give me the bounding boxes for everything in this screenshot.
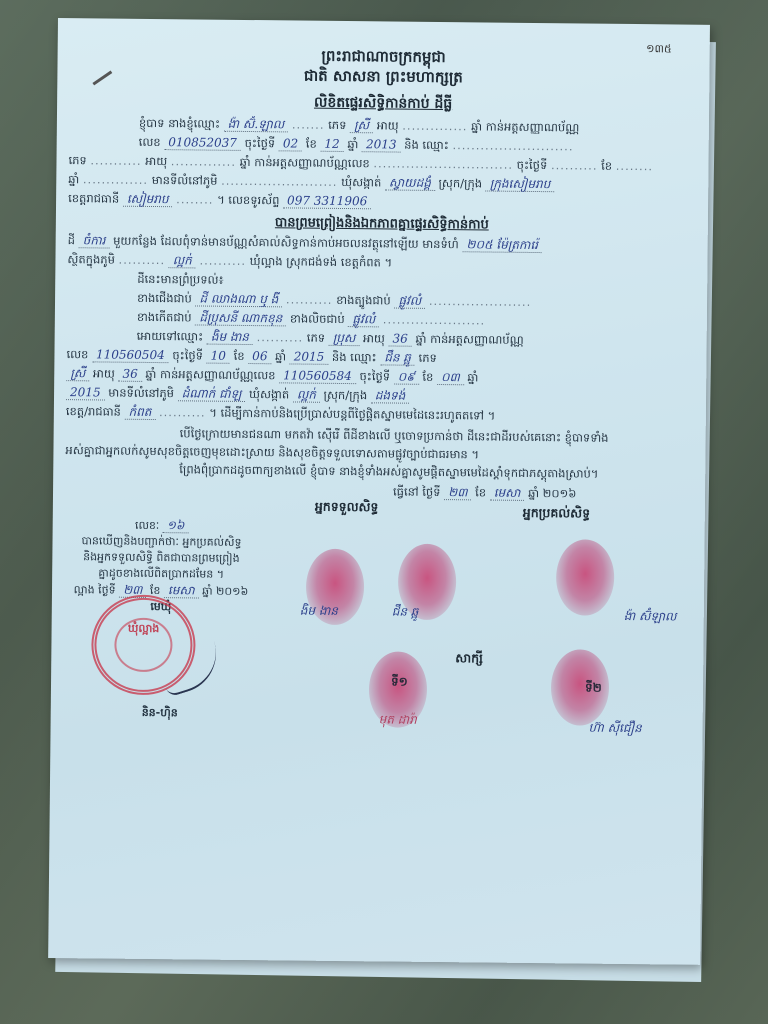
label: ភេទ bbox=[307, 331, 325, 345]
giver-id-year: 2013 bbox=[362, 137, 401, 152]
recipient2-id-day: ០៩ bbox=[394, 370, 419, 385]
label: ចុះថ្ងៃទី bbox=[517, 158, 548, 172]
cert-number: ១៦ bbox=[163, 518, 189, 533]
border-west: ផ្លូវលំ bbox=[348, 312, 379, 327]
label: ឆ្នាំ bbox=[467, 370, 478, 384]
border-north: ដី ឈាងណា ឬ ងី bbox=[195, 291, 282, 307]
recipient2-sex: ស្រី bbox=[66, 366, 89, 381]
recipient2-name: ជឹន ឆ្អូ bbox=[380, 350, 415, 365]
label: ឆ្នាំ bbox=[202, 585, 213, 598]
witness-title: សាក្សី bbox=[455, 650, 483, 669]
giver-id-day: 02 bbox=[279, 136, 302, 151]
label: ដី bbox=[68, 233, 75, 247]
label: ខេត្ត/រាជធានី bbox=[66, 404, 121, 419]
recipient2-id-number: 110560584 bbox=[279, 368, 356, 384]
giver-title: អ្នកប្រគល់សិទ្ធ bbox=[523, 505, 590, 525]
label: ចុះថ្ងៃទី bbox=[245, 136, 276, 150]
label: ឆ្នាំ កាន់អត្តសញ្ញាណប័ណ្ណ bbox=[415, 332, 523, 347]
land-village: ល្អក់ bbox=[169, 253, 196, 268]
land-type: ចំការ bbox=[79, 233, 110, 248]
label: ស្រុក/ក្រុង bbox=[438, 176, 482, 190]
label: មានទីលំនៅភូមិ bbox=[152, 173, 218, 188]
label: ឆ្នាំ bbox=[347, 137, 358, 151]
recipient-commune: ល្អក់ bbox=[293, 387, 320, 402]
recipient2-id-year: 2015 bbox=[66, 385, 105, 400]
cert-month: មេសា bbox=[164, 583, 199, 598]
stamp-text: ឃុំល្អាង bbox=[97, 621, 191, 638]
witness-2-name: ហ៊ា ស៊ីជឿន bbox=[588, 720, 641, 739]
border-south: ផ្លូវលំ bbox=[394, 294, 425, 309]
official-name: និន-ហ៊ិន bbox=[65, 704, 255, 722]
recipient-id-day: 10 bbox=[207, 349, 230, 364]
label: ចុះថ្ងៃទី bbox=[172, 348, 203, 362]
label: ខែ bbox=[601, 159, 612, 173]
cert-text-1: បានឃើញនិងបញ្ជាក់ថាៈ អ្នកប្រគល់សិទ្ធ bbox=[66, 533, 256, 551]
border-east: ដីប្រុសនី ណាកខុន bbox=[195, 310, 286, 326]
label: ខ្ញុំបាទ នាងខ្ញុំឈ្មោះ bbox=[139, 116, 220, 131]
label: លេខ bbox=[139, 135, 161, 149]
recipient-id-year: 2015 bbox=[290, 349, 329, 364]
giver-phone: 097 3311906 bbox=[283, 193, 371, 209]
giver-province: សៀមរាប bbox=[123, 192, 173, 208]
recipient-2-signature-name: ជឹន ឆ្អូ bbox=[392, 604, 419, 622]
recipient-age: 36 bbox=[389, 331, 412, 346]
witness-2-label: ទី២ bbox=[585, 680, 602, 698]
thumbprint-giver bbox=[556, 539, 615, 616]
label: ឃុំល្អាង ស្រុកជង់ទង់ ខេត្តកំពត ។ bbox=[250, 254, 393, 269]
label: ភេទ bbox=[419, 351, 437, 365]
land-size: ២០៥ ម៉ែត្រការ៉េ bbox=[462, 237, 542, 253]
label: ខែ bbox=[475, 485, 486, 499]
label: ឆ្នាំ bbox=[275, 349, 286, 363]
label: មួយកន្លែង ដែលពុំទាន់មានប័ណ្ណសំគាល់សិទ្ធក… bbox=[113, 234, 459, 252]
giver-commune: ស្វាយដង្គំ bbox=[385, 175, 435, 191]
document-title: លិខិតផ្ទេរសិទ្ធិកាន់កាប់ ដីធ្លី bbox=[57, 90, 709, 118]
label: ខែ bbox=[306, 137, 317, 151]
label: ឆ្នាំ កាន់អត្តសញ្ញាណប័ណ្ណលេខ bbox=[145, 367, 275, 382]
cert-text-2: និងអ្នកទទួលសិទ្ធិ ពិតជាបានព្រមព្រៀង bbox=[66, 549, 256, 567]
label: ។ លេខទូរស័ព្ទ bbox=[217, 193, 279, 208]
giver-name: ង៉ា ស៊ំ.ឡាល bbox=[224, 117, 289, 133]
recipient-sex: ប្រុស bbox=[329, 331, 360, 346]
label: ខែ bbox=[422, 370, 433, 384]
recipient-title: អ្នកទទួលសិទ្ធ bbox=[315, 499, 379, 519]
label: ឃុំសង្កាត់ bbox=[341, 175, 381, 189]
label: ភេទ bbox=[328, 118, 346, 132]
label: ស្រុក/ក្រុង bbox=[324, 388, 368, 402]
label: លេខៈ bbox=[135, 519, 159, 532]
label: ឆ្នាំ bbox=[68, 172, 79, 186]
label: អាយុ bbox=[93, 366, 115, 380]
label: មានទីលំនៅភូមិ bbox=[108, 386, 174, 401]
recipient-name: ងិម ងាន bbox=[207, 330, 253, 345]
recipient2-age: 36 bbox=[118, 367, 141, 382]
cert-number-line: លេខៈ ១៦ bbox=[67, 516, 257, 535]
sign-day: ២៣ bbox=[444, 485, 471, 500]
label: ឆ្នាំ កាន់អត្តសញ្ញាណប័ណ្ណ bbox=[471, 119, 579, 134]
witness-1-name: មុត ដារ៉ា bbox=[379, 711, 417, 729]
date-line: ធ្វើនៅ ថ្ងៃទី ២៣ ខែ មេសា ឆ្នាំ ២០១៦ bbox=[393, 484, 691, 504]
label: ចុះថ្ងៃទី bbox=[359, 369, 390, 383]
label: ស្ថិតក្នុងភូមិ bbox=[67, 252, 115, 266]
recipient2-id-month: ០៣ bbox=[437, 370, 464, 385]
label: អោយទៅឈ្មោះ bbox=[137, 329, 204, 344]
label: លេខ bbox=[66, 347, 88, 361]
giver-signature-name: ង៉ា ស៊ំឡាល bbox=[624, 608, 677, 627]
recipient-village: ដំណាក់ ជាំឡ bbox=[178, 386, 246, 402]
recipient-id-number: 110560504 bbox=[92, 347, 169, 363]
label: ខែ bbox=[234, 349, 245, 363]
recipient-id-month: 06 bbox=[248, 349, 271, 364]
sign-year: ២០១៦ bbox=[543, 486, 577, 500]
label: ឆ្នាំ កាន់អត្តសញ្ញាណប័ណ្ណលេខ bbox=[240, 155, 370, 170]
recipient-1-signature-name: ងិម ងាន bbox=[300, 603, 338, 621]
giver-id-number: 010852037 bbox=[164, 135, 241, 151]
recipient-district: ដងទង់ bbox=[371, 388, 410, 403]
label: ខាងត្បូងជាប់ bbox=[336, 293, 391, 308]
label: ខេត្តរាជធានី bbox=[68, 191, 119, 206]
label: ខាងកើតជាប់ bbox=[137, 310, 192, 325]
label: ។ ដើម្បីកាន់កាប់និងប្រើប្រាស់បន្តពីថ្ងៃផ… bbox=[209, 406, 495, 423]
label: និង ឈ្មោះ bbox=[332, 350, 377, 364]
cert-year: ២០១៦ bbox=[216, 585, 248, 598]
label: ឆ្នាំ bbox=[528, 486, 539, 500]
label: ភេទ bbox=[68, 153, 86, 167]
label: និង ឈ្មោះ bbox=[404, 138, 449, 152]
label: អាយុ bbox=[145, 154, 167, 168]
sign-month: មេសា bbox=[490, 486, 525, 501]
land-transfer-document: ១៣៥ ព្រះរាជាណាចក្រកម្ពុជា ជាតិ សាសនា ព្រ… bbox=[48, 18, 710, 965]
cert-text-3: គ្នាដូចខាងលើពិតប្រាកដមែន ។ bbox=[66, 565, 256, 583]
label: ខាងលិចជាប់ bbox=[290, 311, 345, 326]
label: ឃុំសង្កាត់ bbox=[249, 387, 289, 401]
label: អាយុ bbox=[363, 331, 385, 345]
label: ខាងជើងជាប់ bbox=[137, 291, 192, 306]
giver-id-month: 12 bbox=[320, 137, 343, 152]
label: ល្អាង ថ្ងៃទី bbox=[74, 583, 116, 596]
witness-1-label: ទី១ bbox=[391, 674, 408, 692]
recipient-province: កំពត bbox=[124, 405, 155, 420]
giver-sex: ស្រី bbox=[350, 118, 373, 133]
label: ធ្វើនៅ ថ្ងៃទី bbox=[393, 485, 441, 499]
label: អាយុ bbox=[377, 118, 399, 132]
giver-district: ក្រុងសៀមរាប bbox=[486, 176, 555, 192]
